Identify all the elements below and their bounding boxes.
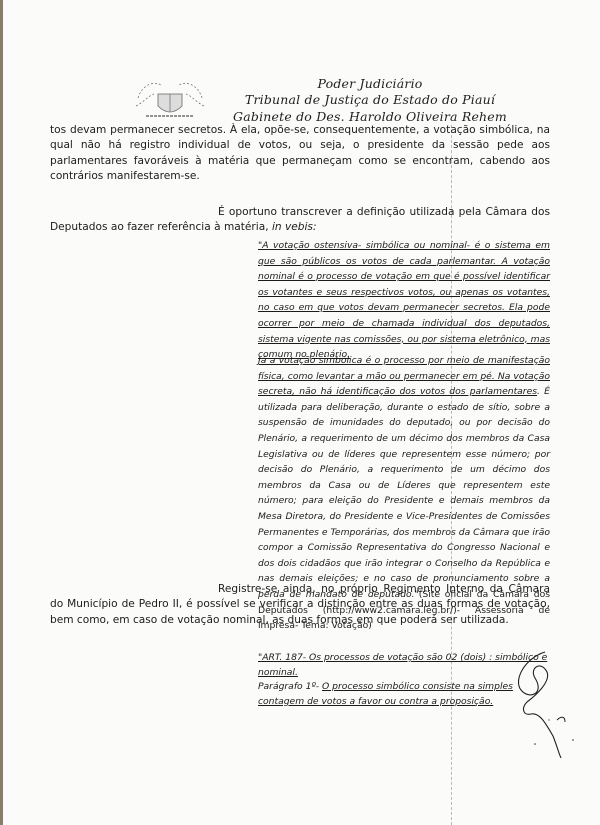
- latin-phrase: in vebis:: [272, 221, 317, 233]
- paragraph-continuation: tos devam permanecer secretos. À ela, op…: [50, 123, 550, 184]
- header-line-gabinete: Gabinete do Des. Haroldo Oliveira Rehem: [130, 109, 600, 124]
- quote-text: . É utilizada para deliberação, durante …: [258, 386, 550, 600]
- page-edge: [0, 0, 3, 825]
- header-line-tribunal: Tribunal de Justiça do Estado do Piauí: [130, 92, 600, 107]
- paragrafo-label: Parágrafo 1º-: [258, 681, 322, 692]
- paragraph-transcription-intro: É oportuno transcrever a definição utili…: [50, 205, 550, 236]
- letterhead: Poder Judiciário Tribunal de Justiça do …: [130, 72, 490, 124]
- handwritten-signature-icon: [505, 650, 595, 760]
- header-line-poder-judiciario: Poder Judiciário: [130, 76, 600, 91]
- quote-underlined: Já a votação simbólica é o processo por …: [258, 355, 550, 397]
- paragraph-regimento-interno: Registre-se ainda, no próprio Regimento …: [50, 582, 550, 628]
- quote-votacao-ostensiva: "A votação ostensiva- simbólica ou nomin…: [258, 238, 550, 363]
